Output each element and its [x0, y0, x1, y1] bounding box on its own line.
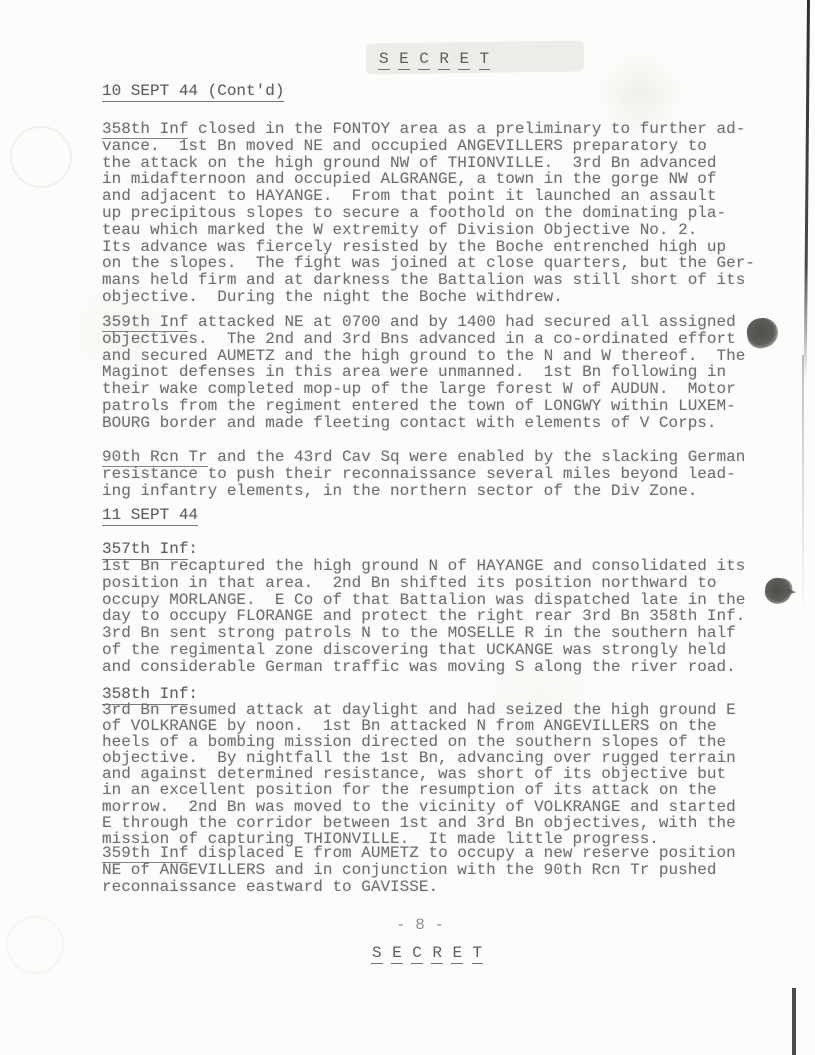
classification-footer: SECRET [371, 944, 492, 964]
page-number: - 8 - [396, 916, 444, 934]
classification-letter: E [451, 944, 463, 964]
text-line: morrow. 2nd Bn was moved to the vicinity… [102, 799, 736, 815]
paragraph: 359th Inf attacked NE at 0700 and by 140… [102, 314, 745, 432]
classification-letter: R [431, 944, 443, 964]
text-line: of the regimental zone discovering that … [102, 642, 745, 659]
text-line: and considerable German traffic was movi… [102, 659, 745, 676]
text-line: occupy MORLANGE. E Co of that Battalion … [102, 592, 745, 609]
text-line: and adjacent to HAYANGE. From that point… [102, 188, 755, 205]
text-line: BOURG border and made fleeting contact w… [102, 415, 745, 432]
text-line: position in that area. 2nd Bn shifted it… [102, 575, 745, 592]
hole-punch-bottom [6, 916, 64, 974]
scan-edge-artifact [802, 355, 804, 605]
text-line: the attack on the high ground NW of THIO… [102, 155, 755, 172]
text-line: Maginot defenses in this area were unman… [102, 364, 745, 381]
text-line: their wake completed mop-up of the large… [102, 381, 745, 398]
ink-blob-icon [745, 316, 780, 350]
classification-letter: E [391, 944, 403, 964]
text-line: objective. By nightfall the 1st Bn, adva… [102, 750, 736, 766]
text-line: heels of a bombing mission directed on t… [102, 734, 736, 750]
classification-letter: T [479, 50, 491, 70]
text-line: in an excellent position for the resumpt… [102, 782, 736, 798]
text-line: in midafternoon and occupied ALGRANGE, a… [102, 171, 755, 188]
ink-blob-icon [764, 577, 794, 606]
heading-text: 10 SEPT 44 (Cont'd) [102, 82, 284, 102]
scan-edge-artifact [804, 0, 810, 380]
text-line: up precipitous slopes to secure a footho… [102, 205, 755, 222]
text-line: on the slopes. The fight was joined at c… [102, 255, 755, 272]
text-line: 358th Inf closed in the FONTOY area as a… [102, 121, 755, 138]
paragraph: 3rd Bn resumed attack at daylight and ha… [102, 702, 736, 847]
classification-letter: T [472, 944, 484, 964]
text-line: NE of ANGEVILLERS and in conjunction wit… [102, 862, 736, 879]
date-heading: 10 SEPT 44 (Cont'd) [102, 83, 284, 100]
classification-header: SECRET [378, 50, 499, 70]
hole-punch-top [10, 126, 72, 188]
date-heading: 11 SEPT 44 [102, 507, 198, 524]
text-line: 3rd Bn sent strong patrols N to the MOSE… [102, 625, 745, 642]
text-line: 359th Inf displaced E from AUMETZ to occ… [102, 845, 736, 862]
text-line: objective. During the night the Boche wi… [102, 289, 755, 306]
classification-letter: C [411, 944, 423, 964]
text-line: mans held firm and at darkness the Batta… [102, 272, 755, 289]
classification-letter: S [371, 944, 383, 964]
text-line: objectives. The 2nd and 3rd Bns advanced… [102, 331, 745, 348]
text-line: and secured AUMETZ and the high ground t… [102, 348, 745, 365]
text-line: day to occupy FLORANGE and protect the r… [102, 608, 745, 625]
classification-letter: S [378, 50, 390, 70]
paragraph: 90th Rcn Tr and the 43rd Cav Sq were ena… [102, 449, 745, 499]
paragraph: 359th Inf displaced E from AUMETZ to occ… [102, 845, 736, 895]
paragraph: 358th Inf closed in the FONTOY area as a… [102, 121, 755, 306]
heading-text: 11 SEPT 44 [102, 506, 198, 526]
text-line: ing infantry elements, in the northern s… [102, 483, 745, 500]
text-line: 3rd Bn resumed attack at daylight and ha… [102, 702, 736, 718]
text-line: 359th Inf attacked NE at 0700 and by 140… [102, 314, 745, 331]
classification-letter: E [398, 50, 410, 70]
classification-letter: R [438, 50, 450, 70]
classification-letter: C [418, 50, 430, 70]
text-line: of VOLKRANGE by noon. 1st Bn attacked N … [102, 718, 736, 734]
text-line: vance. 1st Bn moved NE and occupied ANGE… [102, 138, 755, 155]
scan-edge-artifact [792, 988, 796, 1055]
scanned-document-page: SECRET 10 SEPT 44 (Cont'd)358th Inf clos… [0, 0, 815, 1055]
text-line: patrols from the regiment entered the to… [102, 398, 745, 415]
text-line: 1st Bn recaptured the high ground N of H… [102, 558, 745, 575]
unit-subheading: 357th Inf: [102, 541, 198, 558]
subheading-suffix: : [188, 540, 198, 558]
paragraph: 1st Bn recaptured the high ground N of H… [102, 558, 745, 676]
text-line: reconnaissance eastward to GAVISSE. [102, 879, 736, 896]
text-line: resistance to push their reconnaissance … [102, 466, 745, 483]
classification-letter: E [458, 50, 470, 70]
text-line: E through the corridor between 1st and 3… [102, 815, 736, 831]
text-line: 90th Rcn Tr and the 43rd Cav Sq were ena… [102, 449, 745, 466]
text-line: teau which marked the W extremity of Div… [102, 222, 755, 239]
text-line: Its advance was fiercely resisted by the… [102, 239, 755, 256]
